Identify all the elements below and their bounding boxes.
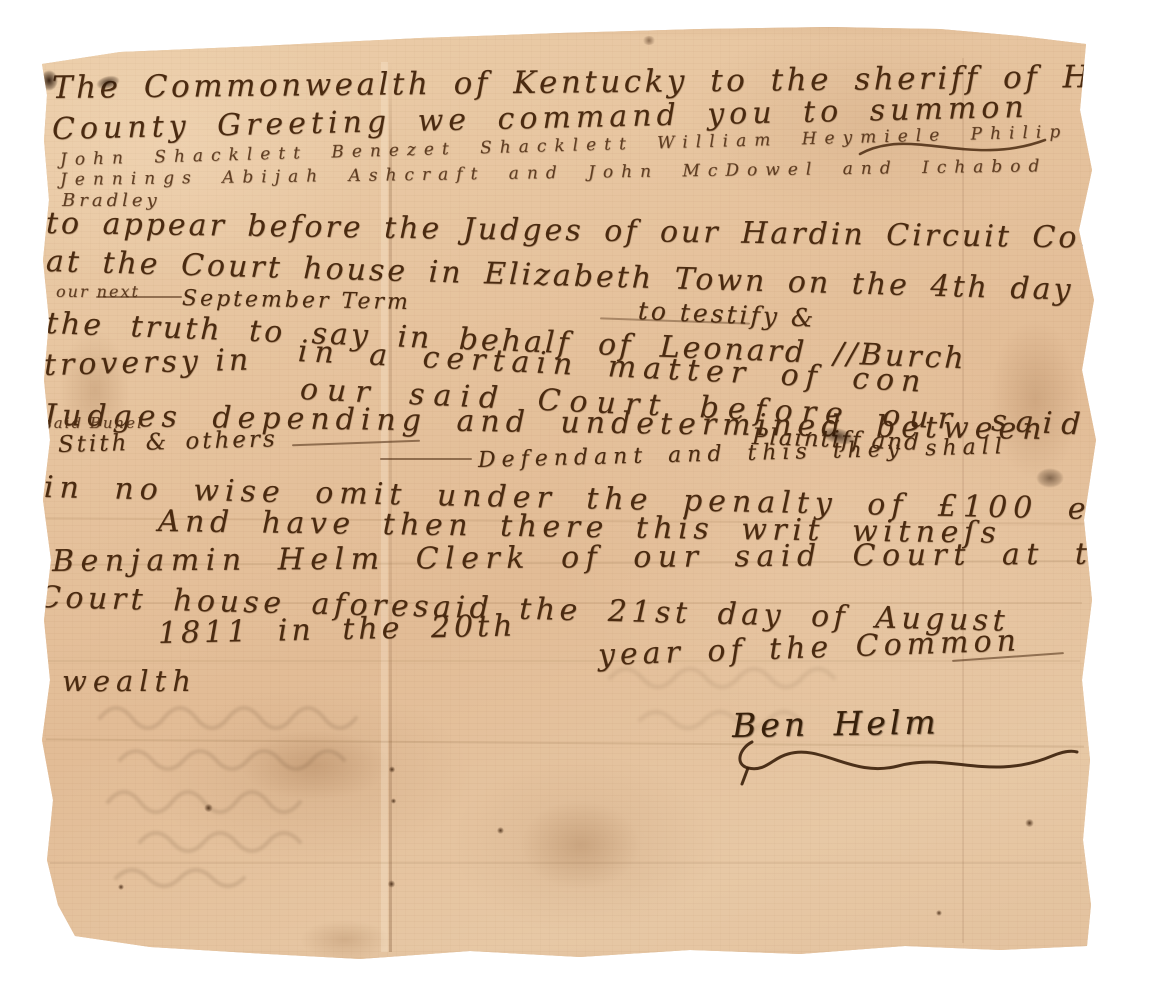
manuscript-line: Stith & others <box>58 426 278 458</box>
manuscript-line: Benjamin Helm Clerk of our said Court at… <box>52 536 1144 579</box>
manuscript-interlineation: our next <box>56 282 140 301</box>
manuscript-line: troversy in <box>44 343 253 383</box>
pen-dash <box>292 440 420 446</box>
paper-stain <box>300 920 390 960</box>
pen-dash <box>380 458 472 460</box>
manuscript-interlineation: to testify & <box>637 296 816 333</box>
ink-blot <box>1036 468 1064 488</box>
document-paper: The Commonwealth of Kentucky to the sher… <box>0 0 1150 1000</box>
scan-background: The Commonwealth of Kentucky to the sher… <box>0 0 1150 1000</box>
signature-flourish <box>722 738 1082 794</box>
manuscript-line: wealth <box>62 664 197 698</box>
ink-spot <box>1025 819 1034 827</box>
manuscript-interlineation: September Term <box>182 286 411 315</box>
bleed-through-writing <box>80 690 560 900</box>
ink-spot <box>936 910 942 916</box>
ink-spot <box>642 36 656 45</box>
manuscript-line: 1811 in the 20th <box>158 608 517 651</box>
pen-flourish <box>855 126 1055 186</box>
pen-dash <box>96 296 182 298</box>
